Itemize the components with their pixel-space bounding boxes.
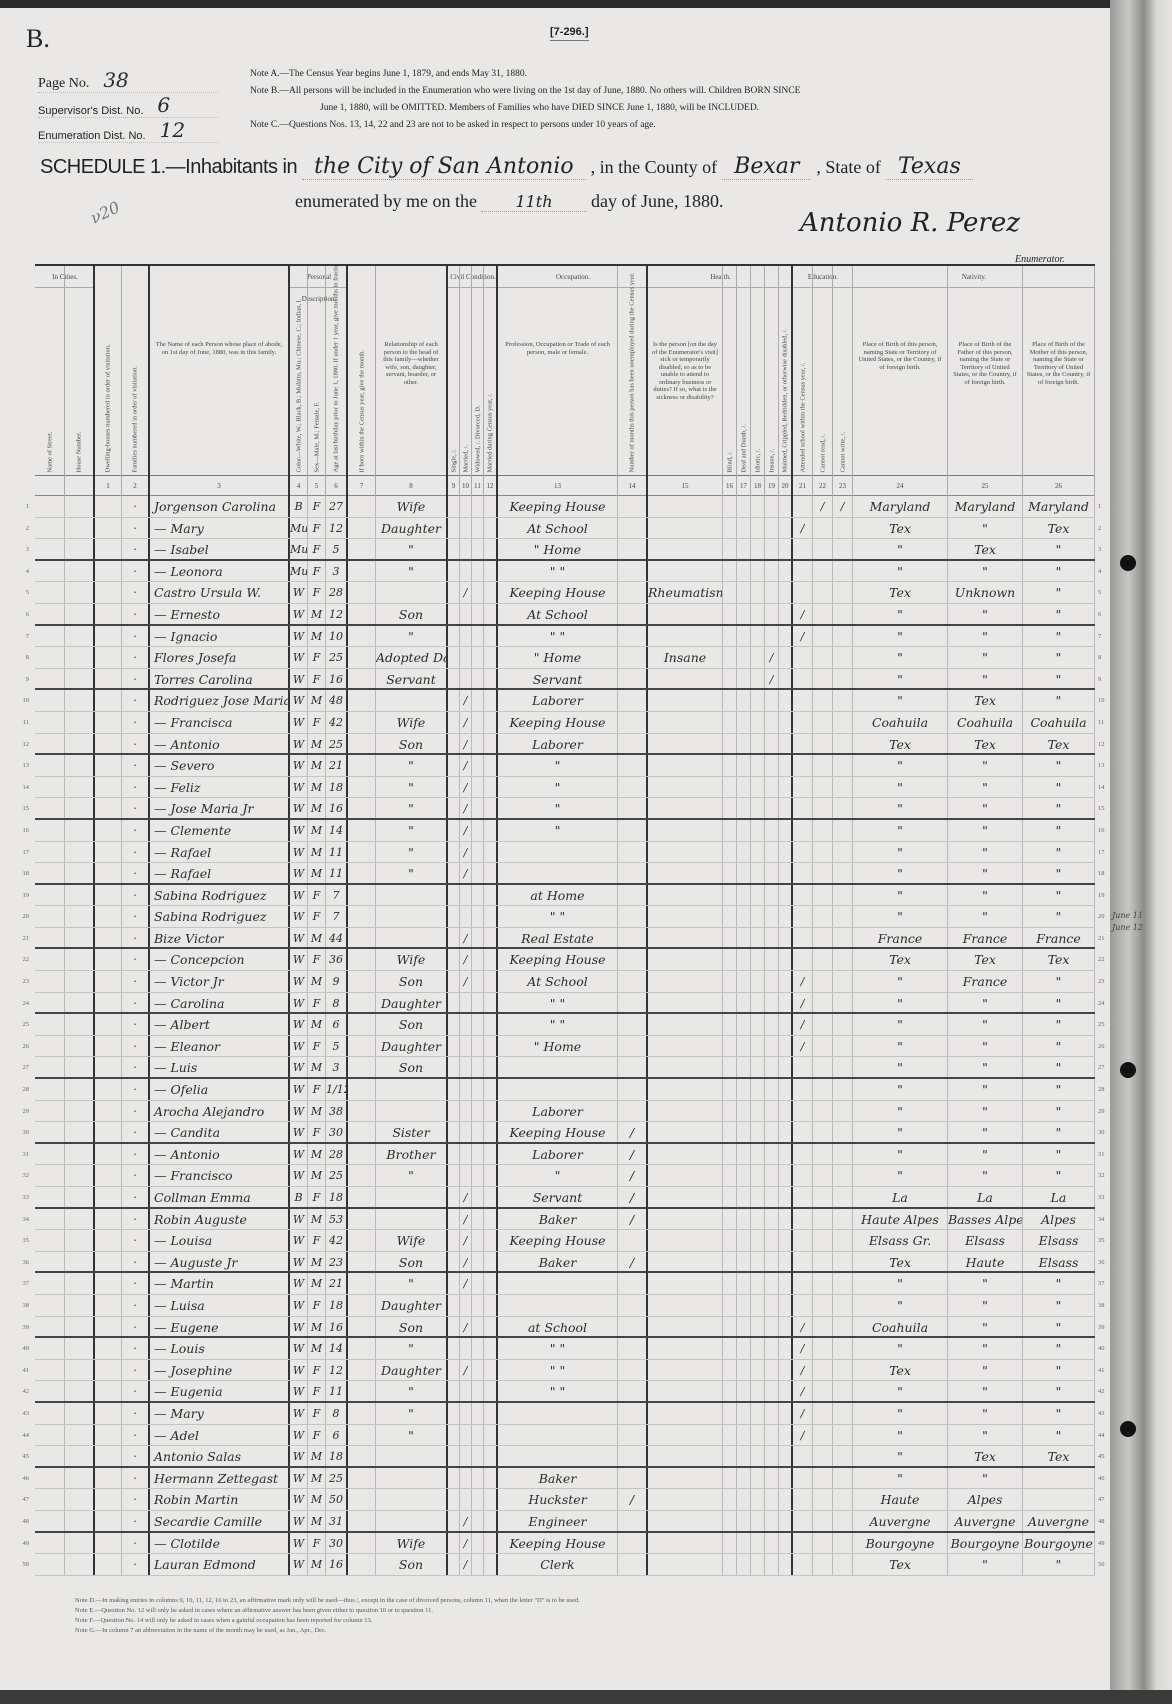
cell-sex: F xyxy=(308,1295,326,1316)
cell-birth-person: " xyxy=(853,1468,948,1489)
cell-married-year xyxy=(484,1338,498,1359)
cell-maimed xyxy=(779,626,793,647)
column-number: 7 xyxy=(348,476,376,496)
cell-cannot-read xyxy=(813,949,833,970)
cell-born-month xyxy=(348,1317,376,1337)
cell-cannot-write xyxy=(833,798,853,818)
cell-school: / xyxy=(793,1317,813,1337)
column-header-text: Cannot read, /. xyxy=(819,434,827,472)
cell-dwelling xyxy=(95,1446,122,1466)
cell-age: 9 xyxy=(326,971,348,992)
cell-maimed xyxy=(779,1187,793,1207)
cell-cannot-write xyxy=(833,1144,853,1165)
cell-blind xyxy=(723,690,737,711)
cell-widowed xyxy=(472,518,484,539)
cell-dwelling xyxy=(95,1079,122,1100)
cell-cannot-read xyxy=(813,626,833,647)
cell-married-year xyxy=(484,1230,498,1251)
cell-sex: M xyxy=(308,604,326,624)
cell-sex: M xyxy=(308,1165,326,1186)
cell-unemployed: / xyxy=(618,1122,648,1142)
cell-birth-father: France xyxy=(948,928,1023,948)
cell-street xyxy=(35,1489,65,1510)
cell-blind xyxy=(723,1036,737,1057)
cell-sex: M xyxy=(308,842,326,863)
binder-ring-icon xyxy=(1120,1062,1136,1078)
cell-maimed xyxy=(779,1533,793,1554)
cell-married-year xyxy=(484,1187,498,1207)
cell-maimed xyxy=(779,971,793,992)
cell-cannot-read xyxy=(813,1252,833,1272)
cell-deaf xyxy=(737,712,751,733)
cell-married-year xyxy=(484,1317,498,1337)
cell-birth-father: France xyxy=(948,971,1023,992)
cell-color: W xyxy=(290,993,308,1013)
cell-cannot-read xyxy=(813,1425,833,1446)
table-row: 3131·— AntonioWM28BrotherLaborer/""" xyxy=(35,1144,1095,1166)
cell-family: · xyxy=(122,1122,150,1142)
cell-occupation: Engineer xyxy=(498,1511,618,1531)
cell-birth-person: Tex xyxy=(853,518,948,539)
cell-birth-father: Haute xyxy=(948,1252,1023,1272)
cell-maimed xyxy=(779,928,793,948)
cell-sex: M xyxy=(308,1273,326,1294)
cell-age: 53 xyxy=(326,1209,348,1230)
cell-house-no xyxy=(65,798,95,818)
cell-cannot-write xyxy=(833,1165,853,1186)
cell-unemployed xyxy=(618,1079,648,1100)
cell-name: — Victor Jr xyxy=(150,971,290,992)
column-header-text: Cannot write, /. xyxy=(839,432,847,472)
cell-occupation: " " xyxy=(498,1014,618,1035)
cell-born-month xyxy=(348,1014,376,1035)
section-letter: B. xyxy=(26,24,50,54)
cell-deaf xyxy=(737,1079,751,1100)
cell-idiotic xyxy=(751,1425,765,1446)
column-header-birth-father: Place of Birth of the Father of this per… xyxy=(948,266,1023,476)
cell-sex: M xyxy=(308,1317,326,1337)
cell-birth-mother xyxy=(1023,1489,1095,1510)
cell-cannot-read xyxy=(813,1317,833,1337)
cell-cannot-read xyxy=(813,1036,833,1057)
cell-dwelling xyxy=(95,734,122,754)
cell-house-no xyxy=(65,755,95,776)
cell-street xyxy=(35,755,65,776)
table-row: 2626·— EleanorWF5Daughter" Home/""" xyxy=(35,1036,1095,1058)
cell-deaf xyxy=(737,1122,751,1142)
cell-birth-father: Bourgoyne xyxy=(948,1533,1023,1554)
column-number: 25 xyxy=(948,476,1023,496)
cell-blind xyxy=(723,1511,737,1531)
cell-dwelling xyxy=(95,1122,122,1142)
cell-married xyxy=(460,669,472,689)
cell-married: / xyxy=(460,971,472,992)
cell-deaf xyxy=(737,518,751,539)
cell-family: · xyxy=(122,971,150,992)
table-row: 3838·— LuisaWF18Daughter""" xyxy=(35,1295,1095,1317)
cell-idiotic xyxy=(751,1511,765,1531)
cell-house-no xyxy=(65,1057,95,1077)
cell-born-month xyxy=(348,777,376,798)
cell-relationship: " xyxy=(376,820,448,841)
cell-born-month xyxy=(348,1252,376,1272)
cell-deaf xyxy=(737,1446,751,1466)
cell-cannot-read xyxy=(813,734,833,754)
cell-idiotic xyxy=(751,863,765,883)
cell-blind xyxy=(723,1273,737,1294)
column-header-text: Families numbered in order of visitation… xyxy=(131,365,139,472)
cell-born-month xyxy=(348,863,376,883)
cell-occupation: " " xyxy=(498,1381,618,1401)
cell-sickness xyxy=(648,1187,723,1207)
cell-cannot-read xyxy=(813,971,833,992)
table-row: 1818·— RafaelWM11"/""" xyxy=(35,863,1095,885)
cell-occupation: At School xyxy=(498,971,618,992)
cell-family: · xyxy=(122,1360,150,1381)
cell-widowed xyxy=(472,1187,484,1207)
cell-cannot-read: / xyxy=(813,496,833,517)
cell-school xyxy=(793,539,813,559)
cell-school: / xyxy=(793,1338,813,1359)
cell-blind xyxy=(723,993,737,1013)
cell-born-month xyxy=(348,1122,376,1142)
cell-sex: F xyxy=(308,1533,326,1554)
cell-maimed xyxy=(779,1079,793,1100)
cell-dwelling xyxy=(95,1036,122,1057)
column-number: 15 xyxy=(648,476,723,496)
cell-cannot-read xyxy=(813,1273,833,1294)
cell-cannot-write xyxy=(833,734,853,754)
cell-deaf xyxy=(737,690,751,711)
cell-idiotic xyxy=(751,949,765,970)
cell-sex: F xyxy=(308,1403,326,1424)
cell-cannot-read xyxy=(813,712,833,733)
cell-family: · xyxy=(122,993,150,1013)
cell-cannot-write xyxy=(833,820,853,841)
cell-house-no xyxy=(65,1554,95,1575)
cell-blind xyxy=(723,626,737,647)
cell-name: — Ernesto xyxy=(150,604,290,624)
cell-birth-mother: " xyxy=(1023,1014,1095,1035)
cell-school xyxy=(793,1230,813,1251)
cell-age: 28 xyxy=(326,1144,348,1165)
cell-blind xyxy=(723,1381,737,1401)
cell-birth-person: Tex xyxy=(853,1252,948,1272)
cell-born-month xyxy=(348,1489,376,1510)
table-row: 1414·— FelizWM18"/"""" xyxy=(35,777,1095,799)
cell-birth-mother: " xyxy=(1023,755,1095,776)
cell-family: · xyxy=(122,906,150,927)
cell-dwelling xyxy=(95,518,122,539)
cell-birth-father: Tex xyxy=(948,734,1023,754)
cell-idiotic xyxy=(751,993,765,1013)
cell-street xyxy=(35,906,65,927)
cell-married-year xyxy=(484,906,498,927)
table-row: 4343·— MaryWF8"/""" xyxy=(35,1403,1095,1425)
cell-cannot-write xyxy=(833,539,853,559)
cell-blind xyxy=(723,798,737,818)
cell-birth-father: " xyxy=(948,561,1023,582)
cell-birth-father: " xyxy=(948,993,1023,1013)
cell-street xyxy=(35,647,65,668)
cell-school xyxy=(793,1209,813,1230)
cell-insane xyxy=(765,1144,779,1165)
cell-married-year xyxy=(484,993,498,1013)
table-row: 2323·— Victor JrWM9Son/At School/"France… xyxy=(35,971,1095,993)
cell-unemployed xyxy=(618,949,648,970)
cell-birth-person: " xyxy=(853,1144,948,1165)
cell-sickness xyxy=(648,1209,723,1230)
cell-school xyxy=(793,928,813,948)
cell-married-year xyxy=(484,647,498,668)
cell-married xyxy=(460,1446,472,1466)
cell-blind xyxy=(723,1360,737,1381)
cell-street xyxy=(35,820,65,841)
cell-occupation: Clerk xyxy=(498,1554,618,1575)
cell-house-no xyxy=(65,539,95,559)
cell-cannot-write xyxy=(833,1101,853,1122)
cell-idiotic xyxy=(751,1187,765,1207)
column-number: 24 xyxy=(853,476,948,496)
cell-single xyxy=(448,949,460,970)
row-number: 32 xyxy=(15,1165,29,1186)
cell-sex: F xyxy=(308,993,326,1013)
cell-cannot-write xyxy=(833,1338,853,1359)
cell-idiotic xyxy=(751,561,765,582)
cell-sex: F xyxy=(308,1036,326,1057)
cell-born-month xyxy=(348,1533,376,1554)
cell-school: / xyxy=(793,993,813,1013)
cell-single xyxy=(448,604,460,624)
cell-name: — Mary xyxy=(150,518,290,539)
row-number: 34 xyxy=(15,1209,29,1230)
cell-idiotic xyxy=(751,1122,765,1142)
cell-married-year xyxy=(484,1360,498,1381)
cell-sickness xyxy=(648,1381,723,1401)
cell-birth-father: " xyxy=(948,1403,1023,1424)
cell-relationship: Wife xyxy=(376,496,448,517)
table-row: 1616·— ClementeWM14"/"""" xyxy=(35,820,1095,842)
table-row: 2929·Arocha AlejandroWM38Laborer""" xyxy=(35,1101,1095,1123)
cell-deaf xyxy=(737,1036,751,1057)
cell-color: W xyxy=(290,1446,308,1466)
cell-age: 11 xyxy=(326,842,348,863)
cell-born-month xyxy=(348,690,376,711)
cell-street xyxy=(35,842,65,863)
cell-deaf xyxy=(737,949,751,970)
table-row: 1111·— FranciscaWF42Wife/Keeping HouseCo… xyxy=(35,712,1095,734)
cell-blind xyxy=(723,712,737,733)
table-row: 3535·— LouisaWF42Wife/Keeping HouseElsas… xyxy=(35,1230,1095,1252)
cell-age: 42 xyxy=(326,1230,348,1251)
cell-unemployed xyxy=(618,496,648,517)
cell-dwelling xyxy=(95,820,122,841)
cell-birth-father: " xyxy=(948,1338,1023,1359)
cell-birth-father: " xyxy=(948,626,1023,647)
cell-house-no xyxy=(65,734,95,754)
cell-dwelling xyxy=(95,669,122,689)
cell-married-year xyxy=(484,798,498,818)
cell-age: 30 xyxy=(326,1122,348,1142)
cell-idiotic xyxy=(751,1273,765,1294)
cell-single xyxy=(448,1101,460,1122)
cell-married xyxy=(460,496,472,517)
cell-birth-person: " xyxy=(853,906,948,927)
row-number: 44 xyxy=(15,1425,29,1446)
cell-sickness xyxy=(648,820,723,841)
cell-insane xyxy=(765,582,779,603)
cell-occupation: Baker xyxy=(498,1209,618,1230)
cell-married-year xyxy=(484,1403,498,1424)
cell-house-no xyxy=(65,1187,95,1207)
cell-dwelling xyxy=(95,1295,122,1316)
cell-relationship: Daughter xyxy=(376,1036,448,1057)
cell-age: 21 xyxy=(326,755,348,776)
cell-cannot-write xyxy=(833,582,853,603)
cell-dwelling xyxy=(95,1144,122,1165)
cell-unemployed xyxy=(618,690,648,711)
cell-birth-person: " xyxy=(853,626,948,647)
cell-blind xyxy=(723,539,737,559)
cell-relationship: " xyxy=(376,755,448,776)
cell-house-no xyxy=(65,1511,95,1531)
cell-idiotic xyxy=(751,1554,765,1575)
cell-birth-father: Tex xyxy=(948,949,1023,970)
cell-born-month xyxy=(348,712,376,733)
cell-house-no xyxy=(65,1122,95,1142)
cell-birth-father: " xyxy=(948,669,1023,689)
cell-birth-mother: France xyxy=(1023,928,1095,948)
cell-color: W xyxy=(290,1317,308,1337)
row-number: 38 xyxy=(15,1295,29,1316)
supervisor-district-label: Supervisor's Dist. No. xyxy=(38,105,143,117)
cell-sex: M xyxy=(308,971,326,992)
cell-name: — Antonio xyxy=(150,734,290,754)
row-number: 46 xyxy=(15,1468,29,1489)
cell-single xyxy=(448,690,460,711)
cell-born-month xyxy=(348,561,376,582)
cell-sickness xyxy=(648,1144,723,1165)
cell-deaf xyxy=(737,1360,751,1381)
cell-cannot-write xyxy=(833,604,853,624)
cell-widowed xyxy=(472,1252,484,1272)
cell-deaf xyxy=(737,539,751,559)
cell-school xyxy=(793,820,813,841)
cell-family: · xyxy=(122,820,150,841)
cell-widowed xyxy=(472,1209,484,1230)
cell-unemployed xyxy=(618,1014,648,1035)
cell-birth-mother: " xyxy=(1023,820,1095,841)
enum-prefix: enumerated by me on the xyxy=(295,191,477,211)
row-number: 28 xyxy=(15,1079,29,1100)
cell-dwelling xyxy=(95,1403,122,1424)
cell-cannot-write xyxy=(833,1230,853,1251)
cell-school xyxy=(793,755,813,776)
cell-name: — Antonio xyxy=(150,1144,290,1165)
cell-deaf xyxy=(737,971,751,992)
cell-name: Lauran Edmond xyxy=(150,1554,290,1575)
column-number xyxy=(35,476,65,496)
column-header-text: Place of Birth of the Mother of this per… xyxy=(1026,341,1091,386)
cell-relationship xyxy=(376,885,448,906)
cell-unemployed xyxy=(618,1403,648,1424)
cell-married-year xyxy=(484,777,498,798)
cell-blind xyxy=(723,755,737,776)
cell-family: · xyxy=(122,863,150,883)
cell-school xyxy=(793,777,813,798)
cell-school: / xyxy=(793,971,813,992)
cell-maimed xyxy=(779,1295,793,1316)
cell-insane xyxy=(765,1057,779,1077)
cell-relationship: Son xyxy=(376,734,448,754)
cell-sex: F xyxy=(308,539,326,559)
cell-color: W xyxy=(290,755,308,776)
cell-color: W xyxy=(290,971,308,992)
cell-single xyxy=(448,734,460,754)
cell-name: — Eugene xyxy=(150,1317,290,1337)
cell-single xyxy=(448,1187,460,1207)
cell-name: Secardie Camille xyxy=(150,1511,290,1531)
cell-occupation: Keeping House xyxy=(498,949,618,970)
cell-house-no xyxy=(65,518,95,539)
cell-age: 12 xyxy=(326,518,348,539)
table-row: 1010·Rodriguez Jose MariaWM48/Laborer"Te… xyxy=(35,690,1095,712)
cell-house-no xyxy=(65,1079,95,1100)
cell-age: 10 xyxy=(326,626,348,647)
cell-birth-person: Tex xyxy=(853,734,948,754)
cell-widowed xyxy=(472,1014,484,1035)
column-header-sickness: Is the person [on the day of the Enumera… xyxy=(648,266,723,476)
cell-widowed xyxy=(472,734,484,754)
cell-color: W xyxy=(290,1403,308,1424)
cell-born-month xyxy=(348,1057,376,1077)
cell-married xyxy=(460,1295,472,1316)
cell-sex: M xyxy=(308,798,326,818)
cell-cannot-write xyxy=(833,561,853,582)
cell-unemployed xyxy=(618,842,648,863)
cell-deaf xyxy=(737,1403,751,1424)
cell-maimed xyxy=(779,1338,793,1359)
table-row: 5050·Lauran EdmondWM16Son/ClerkTex"" xyxy=(35,1554,1095,1576)
cell-school: / xyxy=(793,604,813,624)
cell-married-year xyxy=(484,1533,498,1554)
cell-color: W xyxy=(290,1425,308,1446)
cell-sickness xyxy=(648,1533,723,1554)
cell-born-month xyxy=(348,734,376,754)
cell-name: — Rafael xyxy=(150,842,290,863)
cell-relationship: Son xyxy=(376,1554,448,1575)
cell-widowed xyxy=(472,1511,484,1531)
cell-unemployed xyxy=(618,1295,648,1316)
cell-name: — Carolina xyxy=(150,993,290,1013)
cell-family: · xyxy=(122,1533,150,1554)
cell-house-no xyxy=(65,1273,95,1294)
cell-birth-person: " xyxy=(853,820,948,841)
cell-cannot-write xyxy=(833,971,853,992)
cell-relationship: " xyxy=(376,1425,448,1446)
cell-occupation: Keeping House xyxy=(498,496,618,517)
cell-insane xyxy=(765,1122,779,1142)
cell-cannot-read xyxy=(813,1187,833,1207)
cell-name: Sabina Rodriguez xyxy=(150,906,290,927)
cell-cannot-write xyxy=(833,1533,853,1554)
cell-idiotic xyxy=(751,496,765,517)
cell-insane xyxy=(765,1252,779,1272)
cell-married-year xyxy=(484,669,498,689)
cell-relationship xyxy=(376,1209,448,1230)
cell-sickness xyxy=(648,1273,723,1294)
cell-widowed xyxy=(472,1057,484,1077)
